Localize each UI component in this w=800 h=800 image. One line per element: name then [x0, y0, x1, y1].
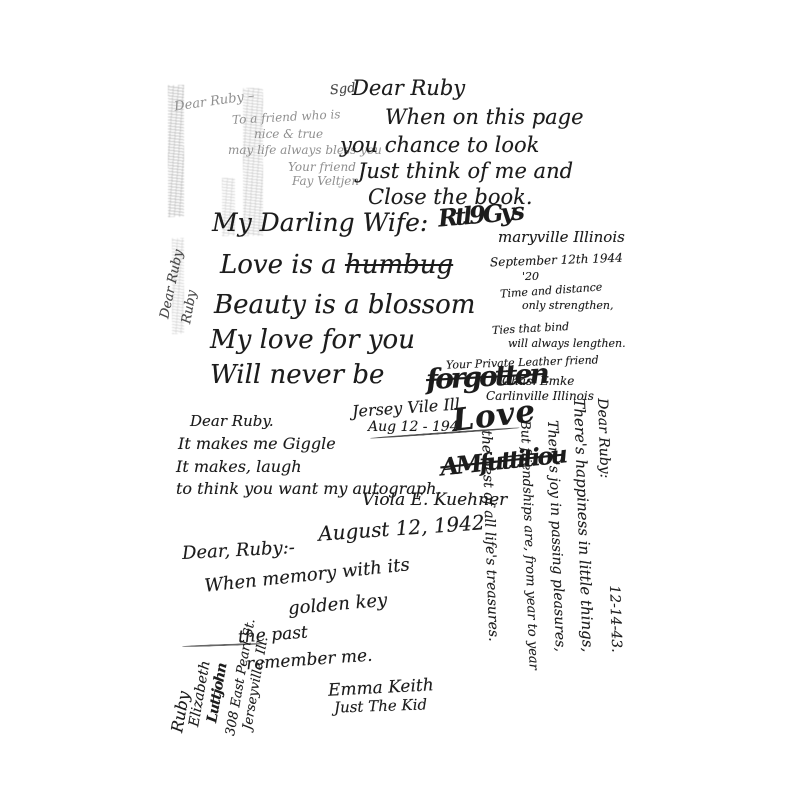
vertical-verse-line: There's happiness in little things, [570, 398, 597, 653]
margin-verse-line: Time and distance [500, 280, 603, 300]
viola-greeting: Dear Ruby. [190, 412, 274, 430]
darling-salutation: My Darling Wife: [212, 208, 428, 237]
margin-verse-line: will always lengthen. [508, 337, 626, 350]
viola-place: Jersey Vile Ill. [351, 394, 465, 421]
viola-verse-line: It makes, laugh [176, 457, 302, 476]
emma-greeting: Dear, Ruby:- [182, 537, 296, 564]
darling-verse-line: Love is a humbug [220, 250, 453, 280]
faint-signature: Fay Veltjen [292, 174, 359, 188]
place-line: maryville Illinois [498, 228, 625, 246]
margin-signature: Chas. Emke [502, 374, 574, 388]
emma-nickname: Just The Kid [334, 695, 428, 716]
struck-word: humbug [345, 250, 453, 280]
margin-verse-line: only strengthen, [522, 299, 614, 312]
top-verse-line: Just think of me and [358, 159, 573, 183]
scanned-autograph-page: Dear Ruby – To a friend who is nice & tr… [0, 0, 800, 800]
margin-closing: Your Private Leather friend [446, 353, 599, 371]
margin-verse-line: Ties that bind [492, 320, 570, 337]
darling-verse-line: Beauty is a blossom [214, 290, 475, 320]
top-greeting: Dear Ruby [352, 76, 465, 100]
vertical-date: 12-14-43. [606, 585, 624, 653]
emma-date: August 12, 1942 [317, 510, 485, 546]
vertical-greeting: Dear Ruby: [594, 398, 613, 479]
viola-verse-line: It makes me Giggle [178, 434, 336, 453]
date-line: September 12th 1944 [490, 251, 623, 270]
top-verse-line: When on this page [385, 105, 584, 129]
faint-verse-line: nice & true [254, 127, 323, 141]
emma-verse-line: golden key [287, 590, 388, 620]
darling-verse-line: My love for you [210, 325, 415, 355]
date-line: '20 [522, 270, 539, 283]
top-verse-line: you chance to look [340, 133, 539, 157]
darling-verse-line: Will never be [210, 360, 384, 390]
verse-text: Love is a [220, 250, 345, 280]
faint-closing: Your friend [288, 160, 356, 174]
